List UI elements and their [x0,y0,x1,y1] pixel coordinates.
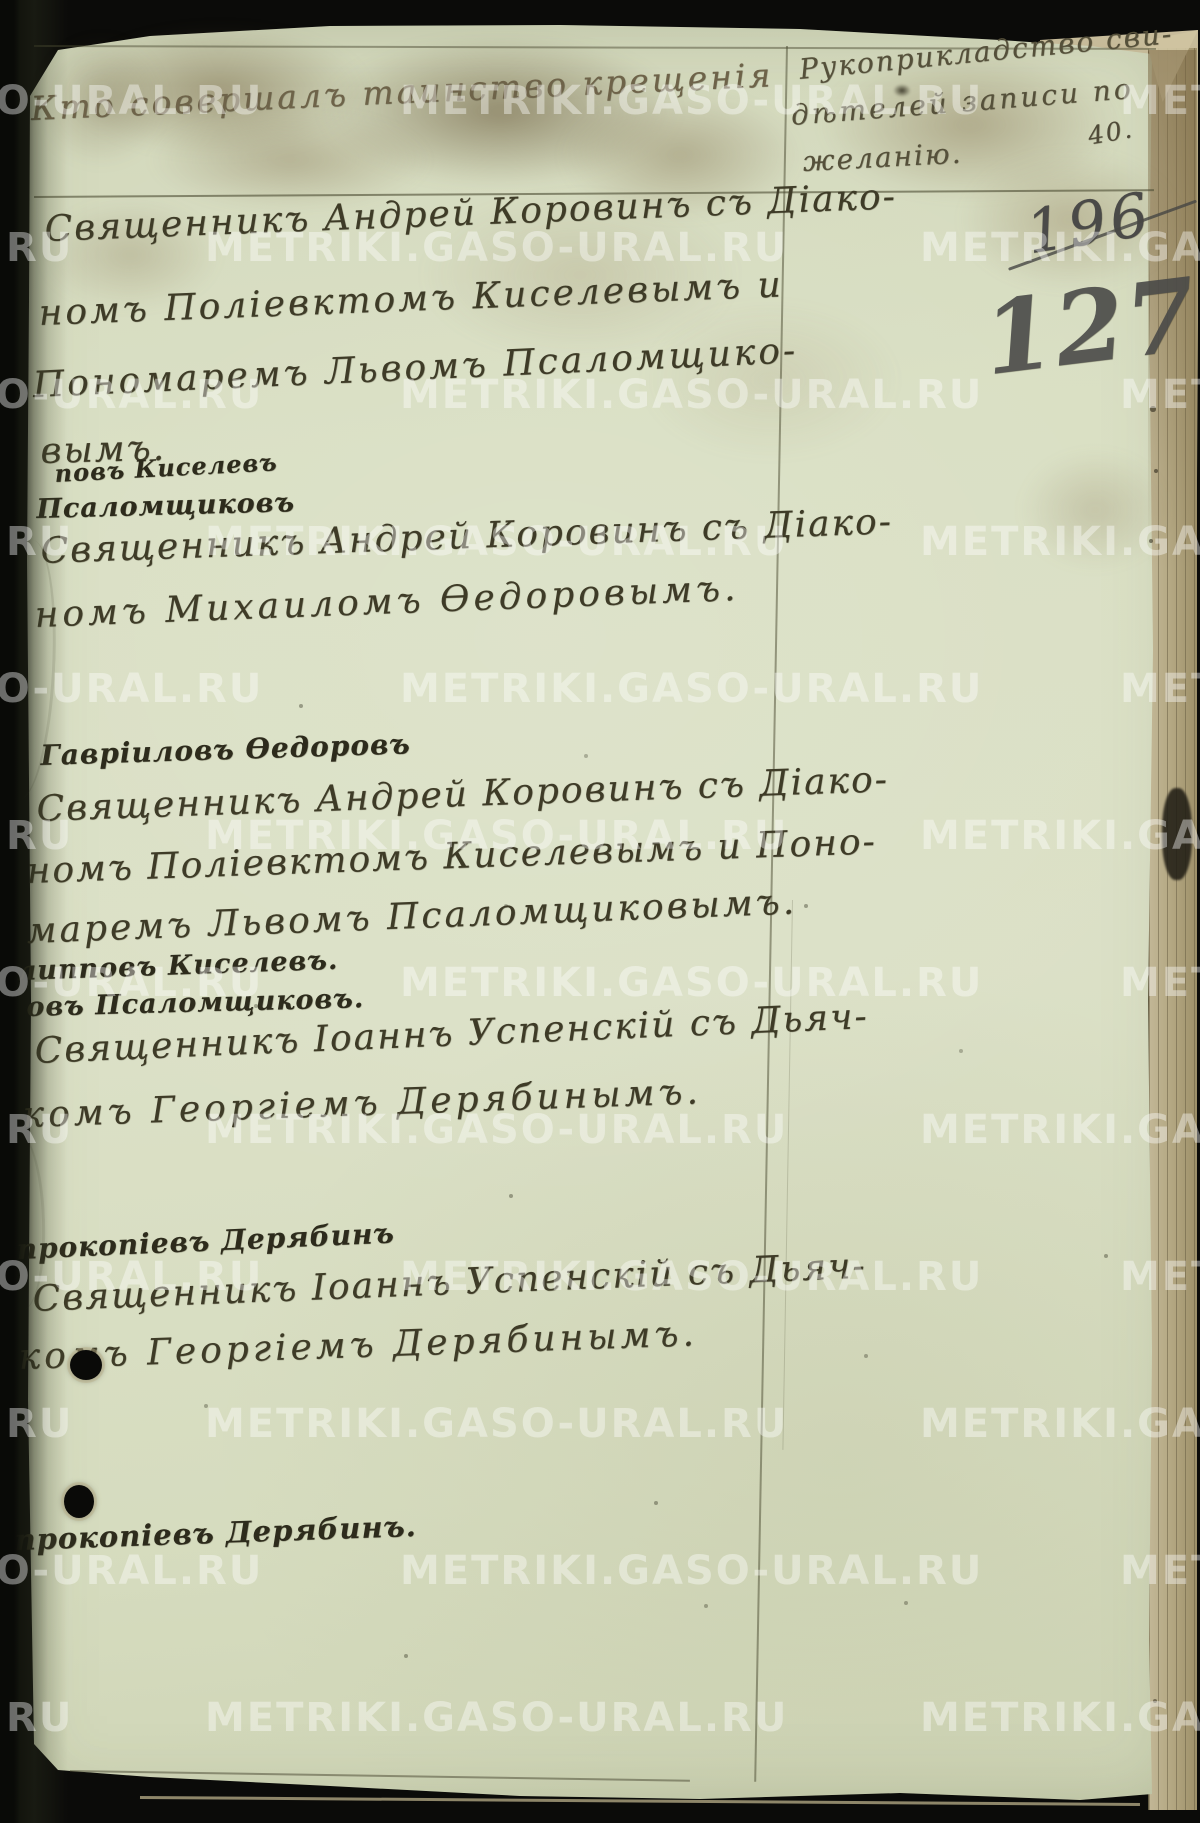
signature-line: Псаломщиковъ [36,489,295,523]
corner-note: 40. [1086,116,1135,149]
edge-tear-mark [1162,788,1192,880]
paper-speckles [0,0,2,2]
worm-hole [64,1485,94,1518]
column-header-right-line: желанію. [802,140,963,176]
folio-number-pencil: 127 [978,264,1200,389]
worm-hole [70,1350,102,1380]
scanned-metric-book-page: Кто совершалъ таинство крещенія Рукоприк… [0,0,1200,1823]
